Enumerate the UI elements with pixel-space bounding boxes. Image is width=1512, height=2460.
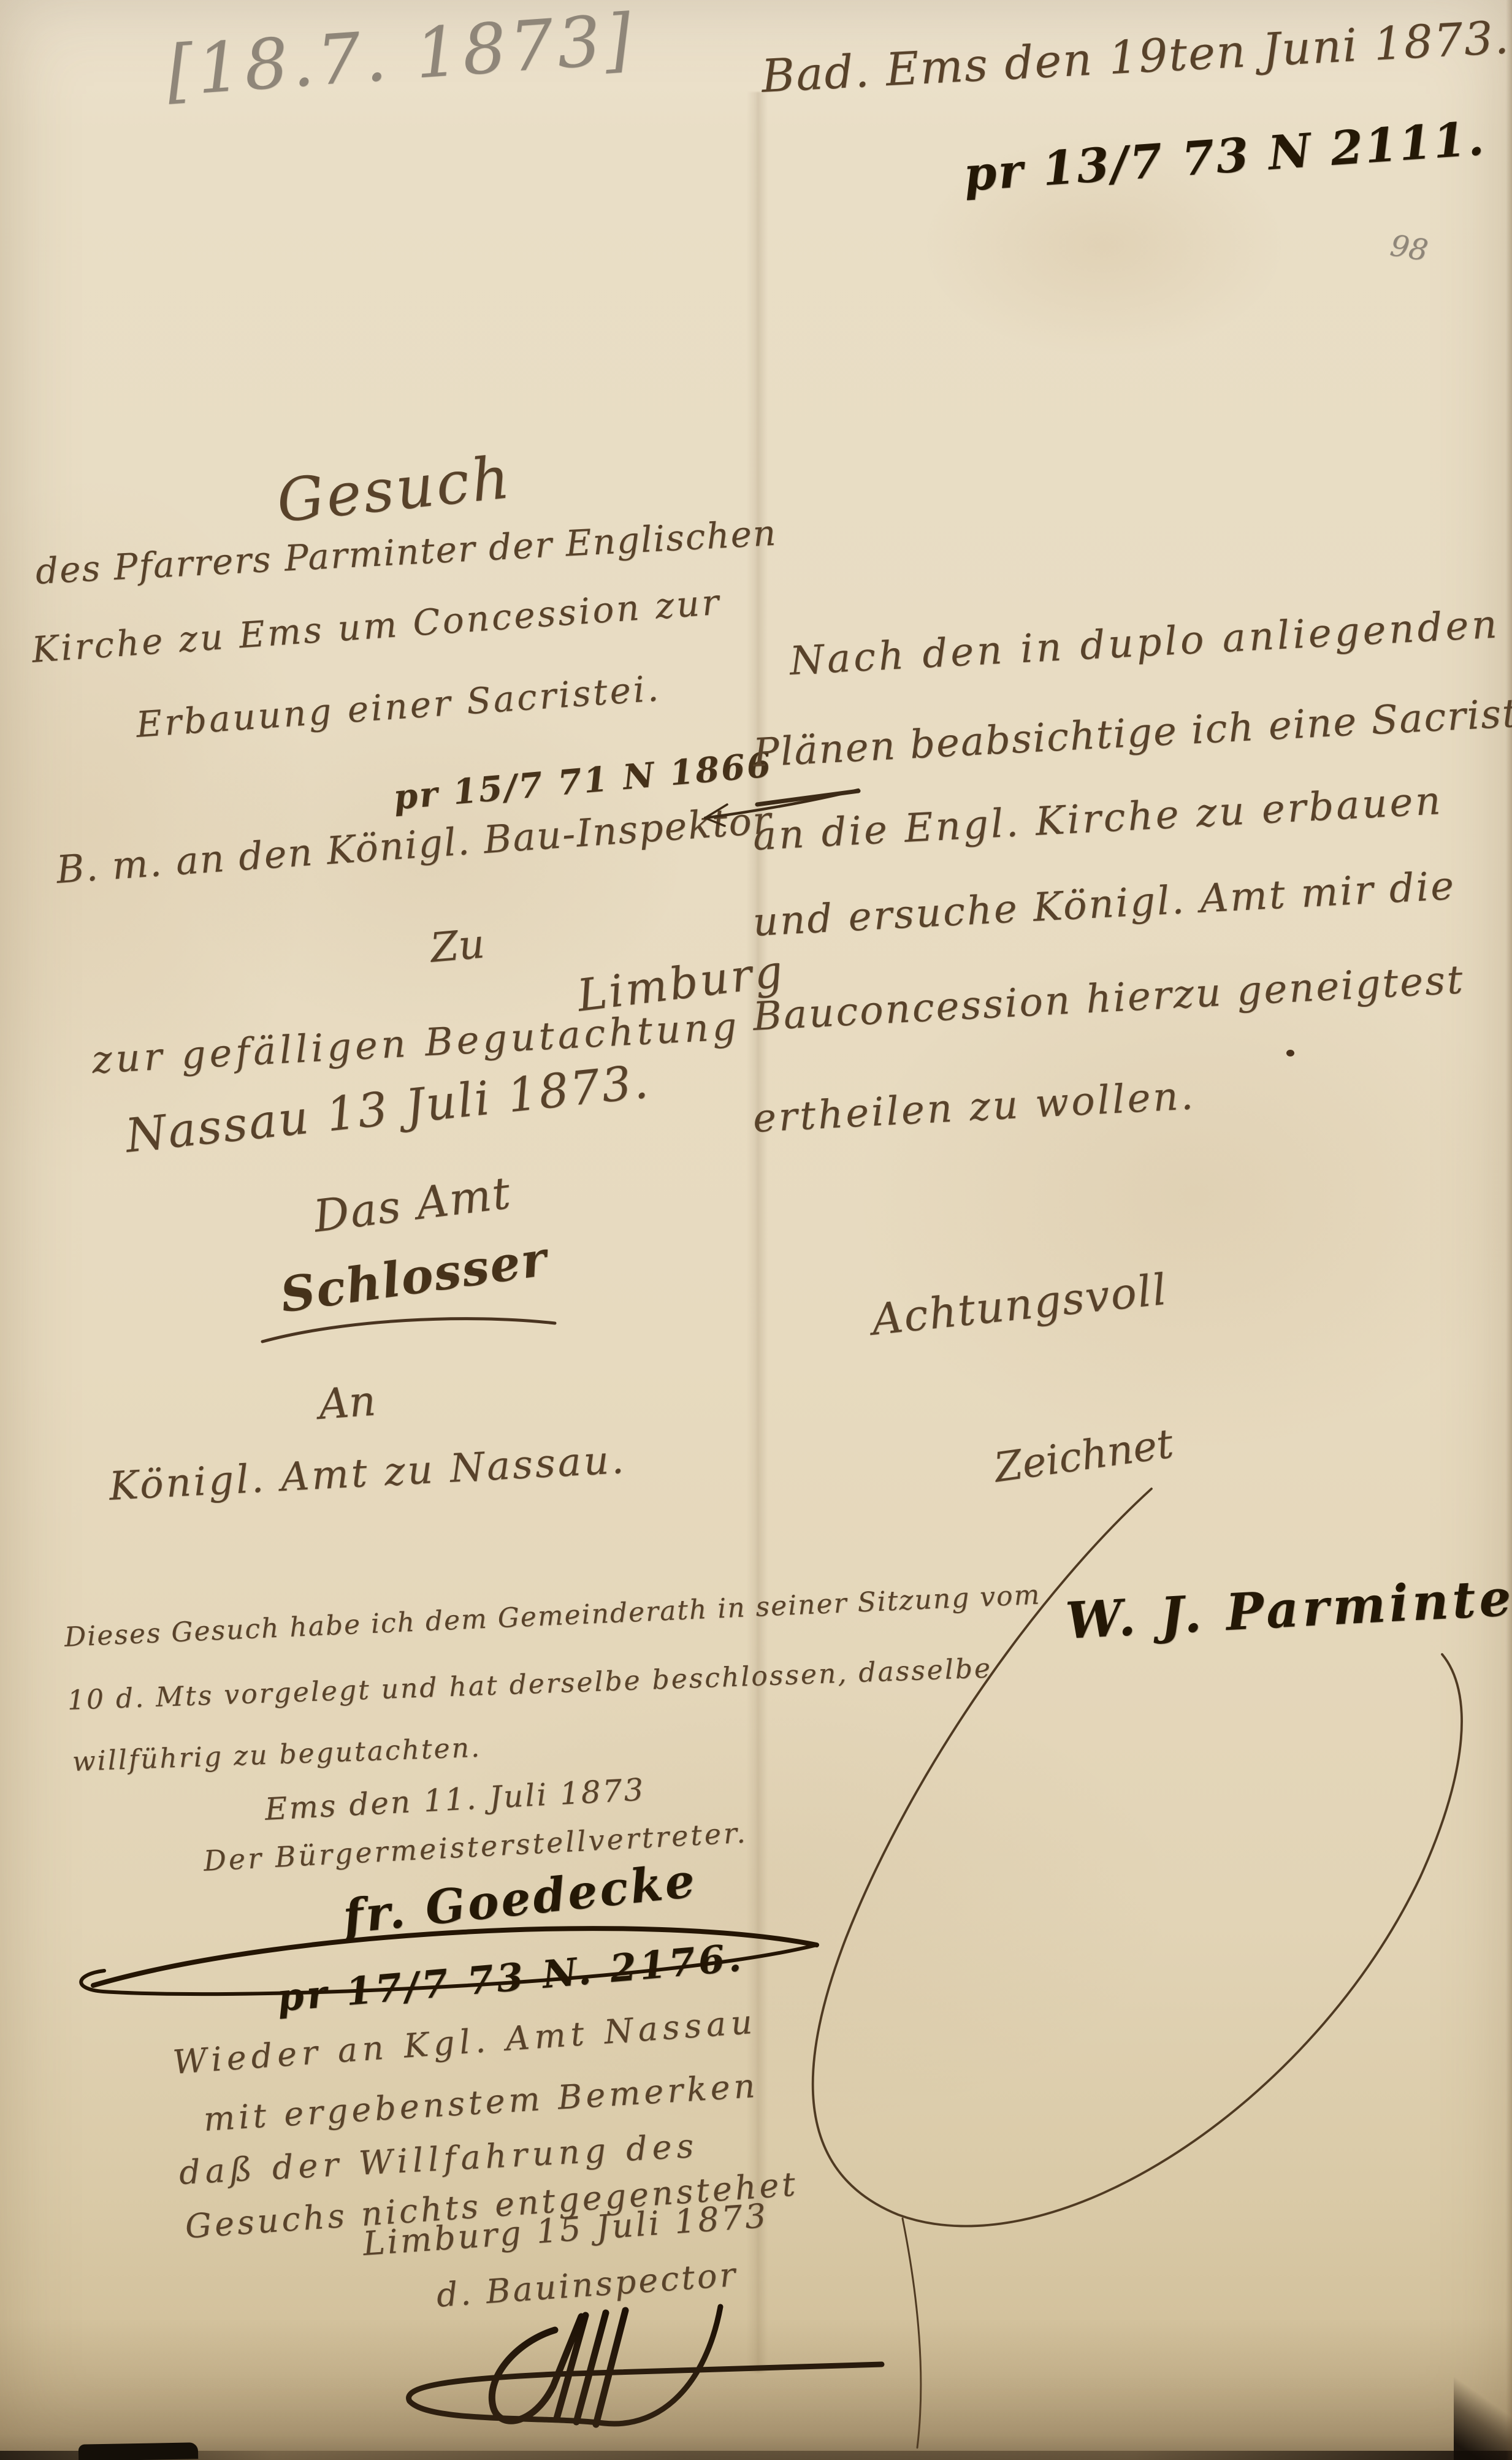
ink-blot <box>1286 1050 1294 1056</box>
bottom-right-corner-shadow <box>1454 2356 1512 2460</box>
right-edge-shadow <box>1506 0 1512 2460</box>
bottom-scan-shading <box>0 2319 1512 2460</box>
address-an: An <box>317 1377 377 1429</box>
bottom-scan-edge <box>0 2451 1512 2460</box>
bottom-left-ink-mark <box>78 2442 198 2460</box>
docket-forwarding-zu: Zu <box>429 920 487 971</box>
scanned-letter-page: [18.7. 1873] 98 Bad. Ems den 19ten Juni … <box>0 0 1512 2460</box>
pencil-page-number: 98 <box>1388 228 1430 268</box>
